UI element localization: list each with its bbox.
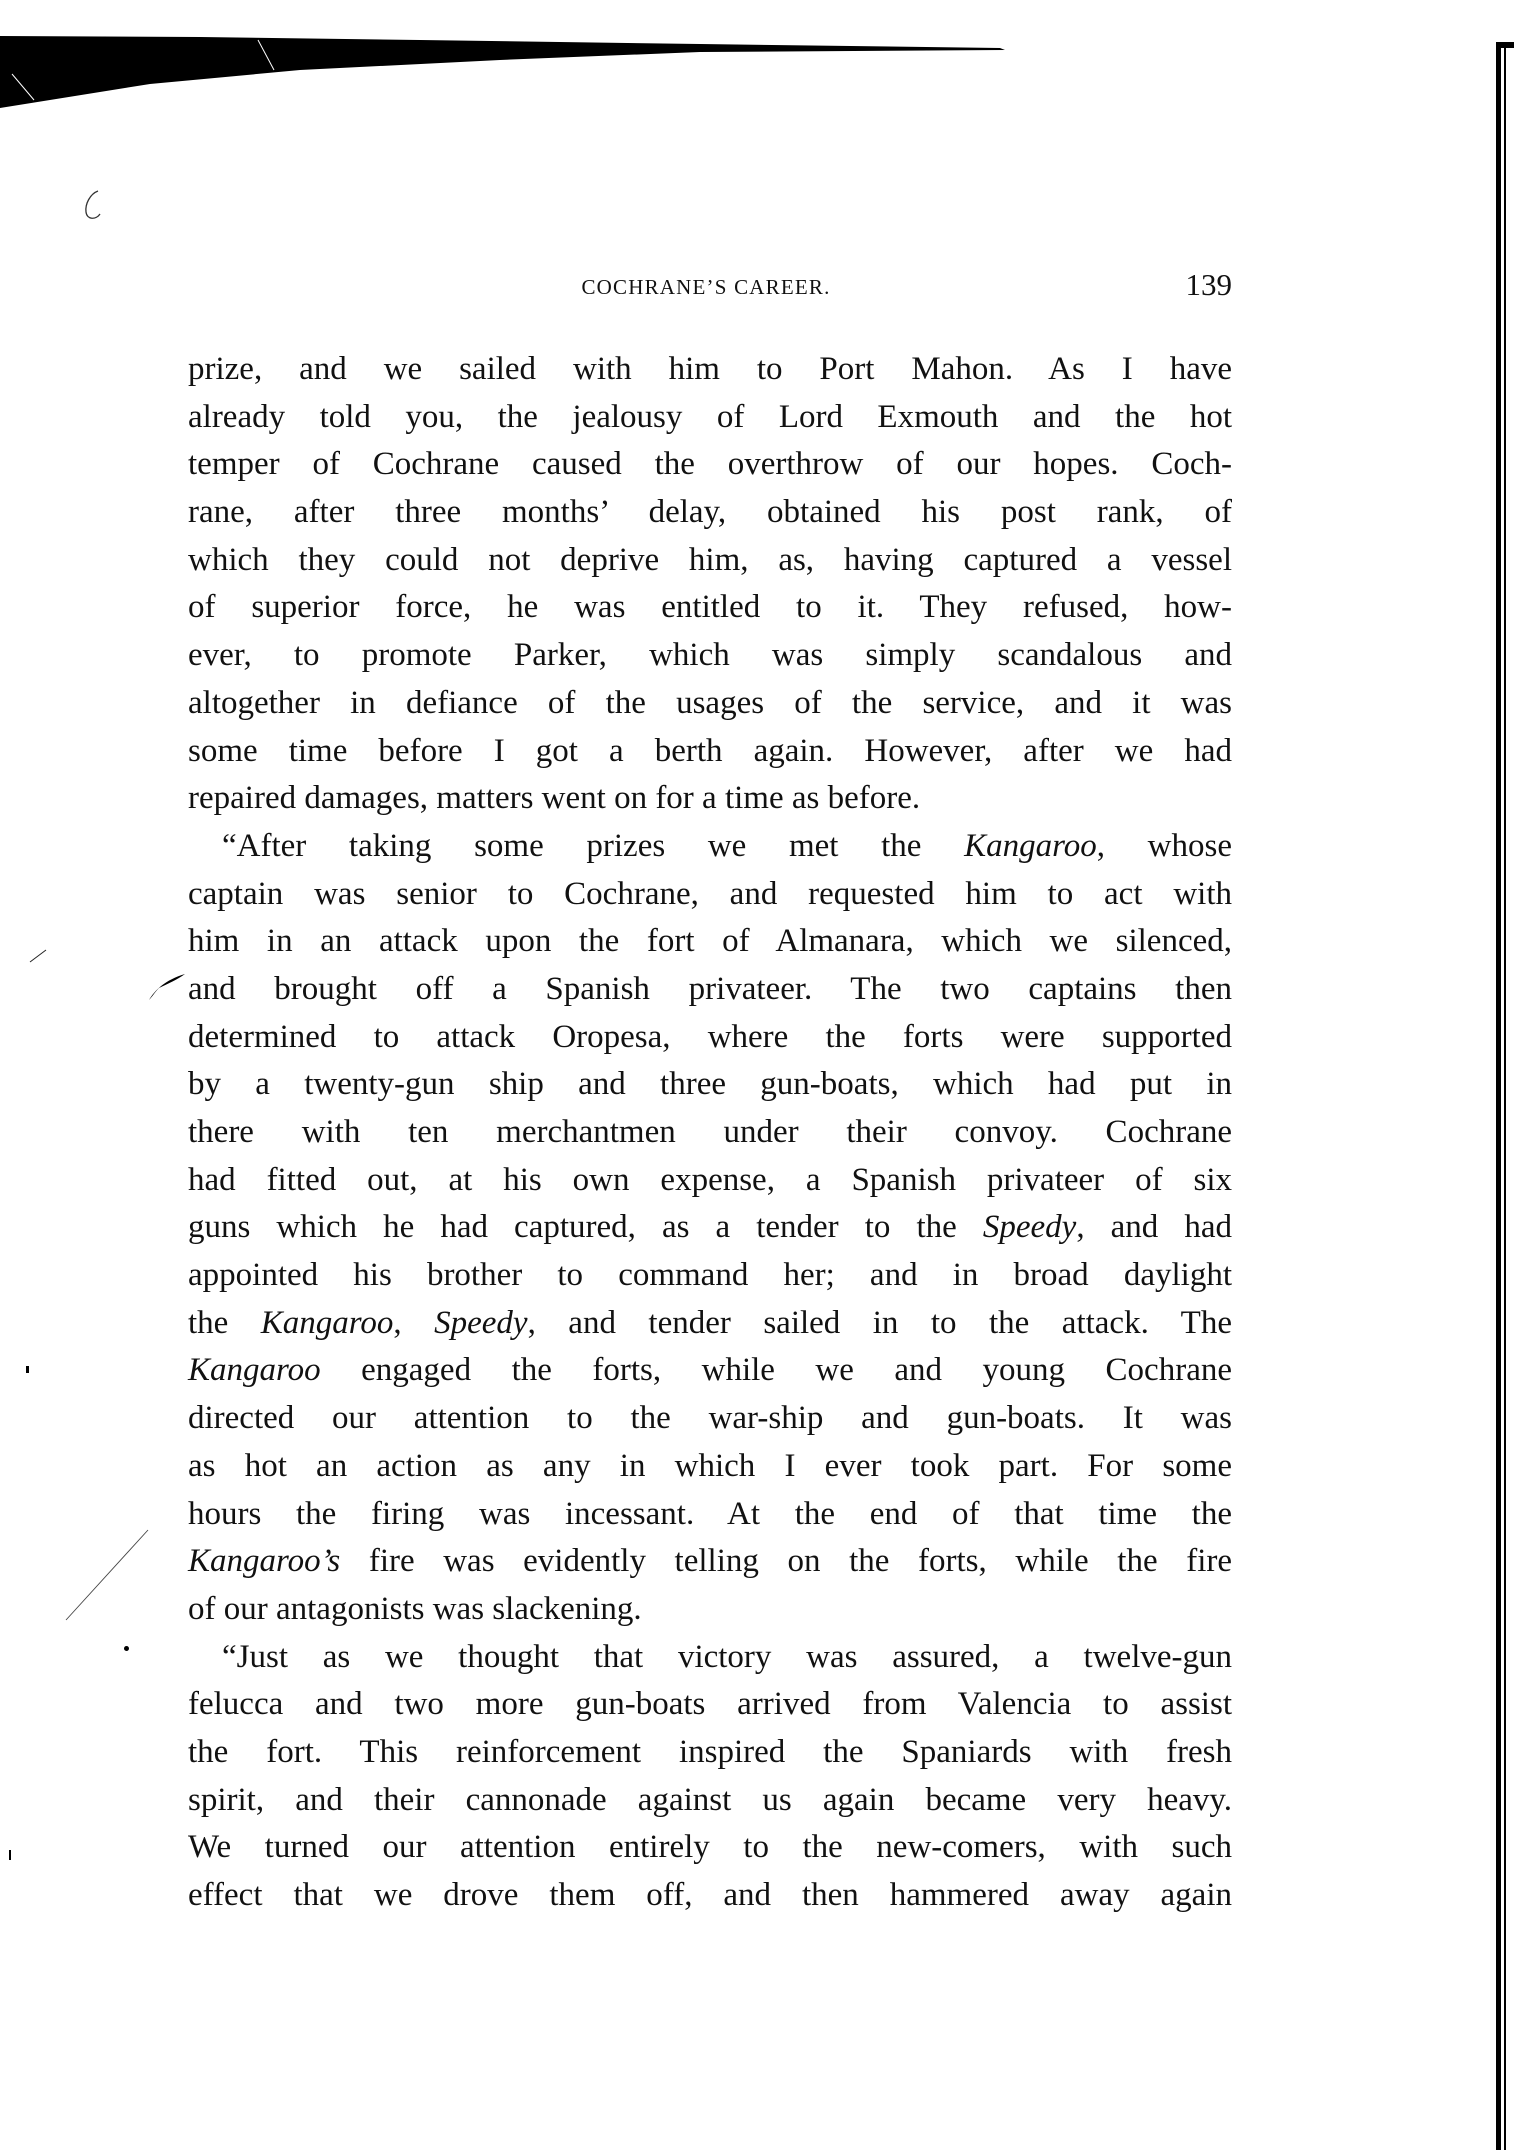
- margin-dot-mark: [124, 1646, 129, 1651]
- text-run: and brought off a Spanish privateer. The…: [188, 971, 1232, 1007]
- italic-ship-name: Kangaroo: [261, 1305, 394, 1341]
- text-run: , and tender sailed in to the attack. Th…: [528, 1305, 1232, 1341]
- text-line: which they could not deprive him, as, ha…: [188, 537, 1232, 585]
- text-line: had fitted out, at his own expense, a Sp…: [188, 1157, 1232, 1205]
- text-run: appointed his brother to command her; an…: [188, 1257, 1232, 1293]
- margin-dot-mark: [9, 1850, 11, 1860]
- text-run: some time before I got a berth again. Ho…: [188, 733, 1232, 769]
- text-line: Kangaroo engaged the forts, while we and…: [188, 1347, 1232, 1395]
- text-line: determined to attack Oropesa, where the …: [188, 1014, 1232, 1062]
- text-run: , whose: [1097, 828, 1232, 864]
- italic-ship-name: Kangaroo’s: [188, 1543, 340, 1579]
- text-line: the fort. This reinforcement inspired th…: [188, 1729, 1232, 1777]
- pen-annotation-mark: [147, 972, 187, 1002]
- text-line: effect that we drove them off, and then …: [188, 1872, 1232, 1920]
- text-line: appointed his brother to command her; an…: [188, 1252, 1232, 1300]
- text-run: “Just as we thought that victory was ass…: [222, 1639, 1232, 1675]
- text-run: which they could not deprive him, as, ha…: [188, 542, 1232, 578]
- text-run: engaged the forts, while we and young Co…: [321, 1352, 1232, 1388]
- text-line: prize, and we sailed with him to Port Ma…: [188, 346, 1232, 394]
- page-edge-rule: [1494, 42, 1514, 2150]
- text-run: guns which he had captured, as a tender …: [188, 1209, 983, 1245]
- text-run: the fort. This reinforcement inspired th…: [188, 1734, 1232, 1770]
- text-run: there with ten merchantmen under their c…: [188, 1114, 1232, 1150]
- text-run: spirit, and their cannonade against us a…: [188, 1782, 1232, 1818]
- text-line: ever, to promote Parker, which was simpl…: [188, 632, 1232, 680]
- text-run: determined to attack Oropesa, where the …: [188, 1019, 1232, 1055]
- text-line: We turned our attention entirely to the …: [188, 1824, 1232, 1872]
- scan-edge-shadow: [0, 0, 1010, 110]
- text-run: ever, to promote Parker, which was simpl…: [188, 637, 1232, 673]
- text-line: captain was senior to Cochrane, and requ…: [188, 871, 1232, 919]
- body-text: prize, and we sailed with him to Port Ma…: [188, 346, 1232, 1920]
- text-run: hours the firing was incessant. At the e…: [188, 1496, 1232, 1532]
- text-run: , and had: [1076, 1209, 1232, 1245]
- italic-ship-name: Speedy: [434, 1305, 527, 1341]
- italic-ship-name: Kangaroo: [188, 1352, 321, 1388]
- margin-letter-mark: [82, 188, 108, 222]
- text-run: as hot an action as any in which I ever …: [188, 1448, 1232, 1484]
- text-run: the: [188, 1305, 261, 1341]
- text-run: temper of Cochrane caused the overthrow …: [188, 446, 1232, 482]
- text-line: repaired damages, matters went on for a …: [188, 775, 1232, 823]
- text-line: by a twenty-gun ship and three gun-boats…: [188, 1061, 1232, 1109]
- text-line: altogether in defiance of the usages of …: [188, 680, 1232, 728]
- text-line: “Just as we thought that victory was ass…: [188, 1634, 1232, 1682]
- text-line: guns which he had captured, as a tender …: [188, 1204, 1232, 1252]
- text-run: directed our attention to the war-ship a…: [188, 1400, 1232, 1436]
- text-line: “After taking some prizes we met the Kan…: [188, 823, 1232, 871]
- text-line: already told you, the jealousy of Lord E…: [188, 394, 1232, 442]
- margin-diagonal-mark: [60, 1528, 150, 1624]
- text-line: as hot an action as any in which I ever …: [188, 1443, 1232, 1491]
- text-run: rane, after three months’ delay, obtaine…: [188, 494, 1232, 530]
- margin-dot-mark: [26, 1366, 29, 1373]
- text-line: rane, after three months’ delay, obtaine…: [188, 489, 1232, 537]
- text-run: him in an attack upon the fort of Almana…: [188, 923, 1232, 959]
- text-run: had fitted out, at his own expense, a Sp…: [188, 1162, 1232, 1198]
- text-line: directed our attention to the war-ship a…: [188, 1395, 1232, 1443]
- margin-tick-mark: [28, 948, 48, 964]
- text-run: effect that we drove them off, and then …: [188, 1877, 1232, 1913]
- text-line: the Kangaroo, Speedy, and tender sailed …: [188, 1300, 1232, 1348]
- text-run: We turned our attention entirely to the …: [188, 1829, 1232, 1865]
- text-line: him in an attack upon the fort of Almana…: [188, 918, 1232, 966]
- text-line: of superior force, he was entitled to it…: [188, 584, 1232, 632]
- text-line: there with ten merchantmen under their c…: [188, 1109, 1232, 1157]
- italic-ship-name: Speedy: [983, 1209, 1076, 1245]
- text-run: repaired damages, matters went on for a …: [188, 780, 920, 816]
- text-run: “After taking some prizes we met the: [222, 828, 964, 864]
- text-run: fire was evidently telling on the forts,…: [340, 1543, 1232, 1579]
- text-run: by a twenty-gun ship and three gun-boats…: [188, 1066, 1232, 1102]
- text-line: of our antagonists was slackening.: [188, 1586, 1232, 1634]
- text-line: and brought off a Spanish privateer. The…: [188, 966, 1232, 1014]
- text-line: temper of Cochrane caused the overthrow …: [188, 441, 1232, 489]
- text-line: hours the firing was incessant. At the e…: [188, 1491, 1232, 1539]
- text-run: prize, and we sailed with him to Port Ma…: [188, 351, 1232, 387]
- text-run: captain was senior to Cochrane, and requ…: [188, 876, 1232, 912]
- italic-ship-name: Kangaroo: [964, 828, 1097, 864]
- running-title: COCHRANE’S CAREER.: [528, 270, 884, 304]
- text-line: spirit, and their cannonade against us a…: [188, 1777, 1232, 1825]
- text-run: already told you, the jealousy of Lord E…: [188, 399, 1232, 435]
- page-number: 139: [1186, 266, 1233, 304]
- text-run: ,: [393, 1305, 434, 1341]
- running-header: COCHRANE’S CAREER. 139: [188, 270, 1232, 304]
- text-run: altogether in defiance of the usages of …: [188, 685, 1232, 721]
- text-line: some time before I got a berth again. Ho…: [188, 728, 1232, 776]
- text-run: felucca and two more gun-boats arrived f…: [188, 1686, 1232, 1722]
- text-run: of our antagonists was slackening.: [188, 1591, 642, 1627]
- text-run: of superior force, he was entitled to it…: [188, 589, 1232, 625]
- text-line: Kangaroo’s fire was evidently telling on…: [188, 1538, 1232, 1586]
- text-line: felucca and two more gun-boats arrived f…: [188, 1681, 1232, 1729]
